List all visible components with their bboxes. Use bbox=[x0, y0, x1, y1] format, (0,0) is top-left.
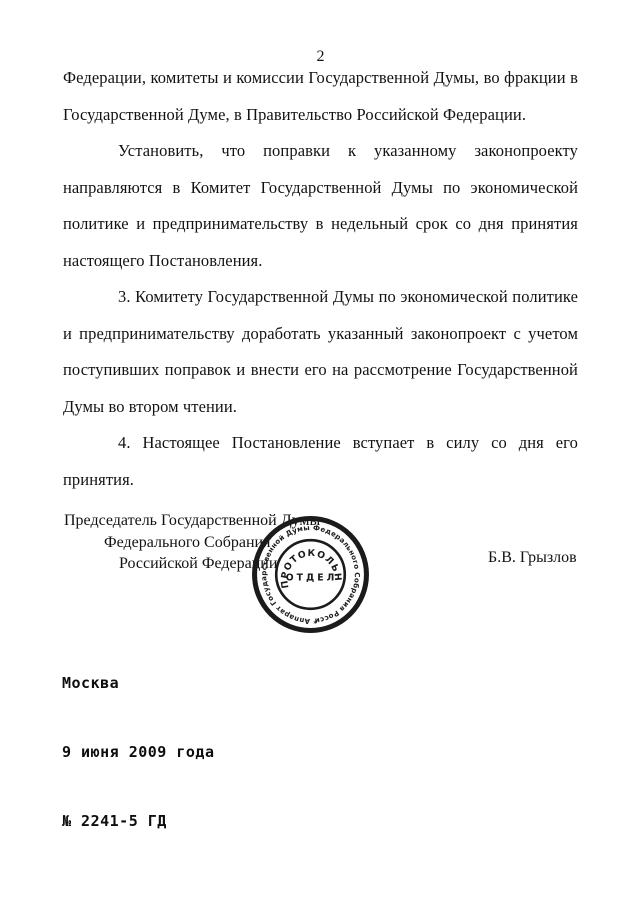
stamp-center-text: ОТДЕЛ bbox=[286, 573, 338, 584]
footer-document-number: № 2241-5 ГД bbox=[62, 810, 215, 833]
document-page: 2 Федерации, комитеты и комиссии Государ… bbox=[0, 0, 640, 900]
footer-city: Москва bbox=[62, 672, 215, 695]
paragraph-item-4: 4. Настоящее Постановление вступает в си… bbox=[63, 425, 578, 498]
footer-block: Москва 9 июня 2009 года № 2241-5 ГД bbox=[62, 626, 215, 879]
paragraph-item-3: 3. Комитету Государственной Думы по экон… bbox=[63, 279, 578, 425]
paragraph-item-2: Установить, что поправки к указанному за… bbox=[63, 133, 578, 279]
footer-date: 9 июня 2009 года bbox=[62, 741, 215, 764]
protocol-department-stamp-icon: * Аппарат Государственной Думы Федеральн… bbox=[250, 514, 371, 635]
signer-name: Б.В. Грызлов bbox=[488, 549, 577, 567]
document-body: Федерации, комитеты и комиссии Государст… bbox=[63, 60, 578, 498]
paragraph-continuation: Федерации, комитеты и комиссии Государст… bbox=[63, 60, 578, 133]
